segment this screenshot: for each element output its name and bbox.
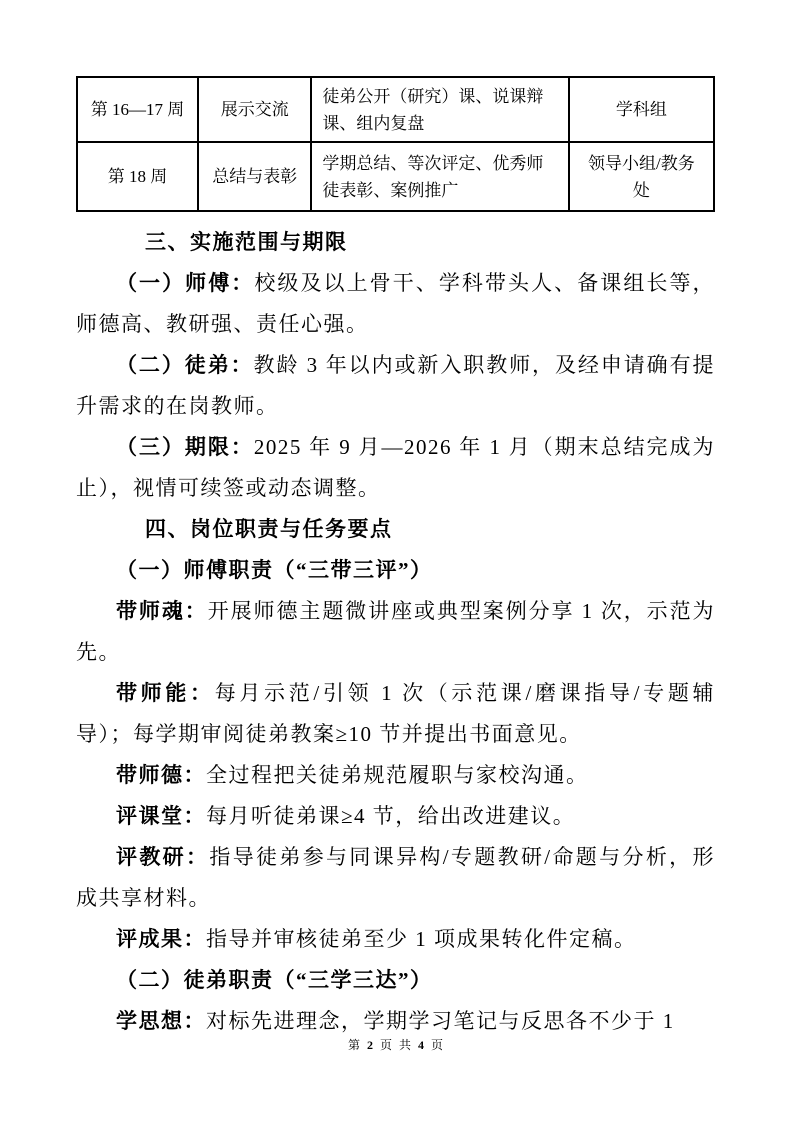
- paragraph-apprentice-scope: （二）徒弟：教龄 3 年以内或新入职教师，及经申请确有提升需求的在岗教师。: [76, 345, 715, 427]
- section-heading-duties: 四、岗位职责与任务要点: [76, 509, 715, 550]
- table-row: 第 16—17 周 展示交流 徒弟公开（研究）课、说课辩课、组内复盘 学科组: [77, 77, 714, 142]
- paragraph-review-research: 评教研：指导徒弟参与同课异构/专题教研/命题与分析，形成共享材料。: [76, 837, 715, 919]
- cell-week: 第 16—17 周: [77, 77, 198, 142]
- weekly-plan-table: 第 16—17 周 展示交流 徒弟公开（研究）课、说课辩课、组内复盘 学科组 第…: [76, 76, 715, 212]
- paragraph-duration: （三）期限：2025 年 9 月—2026 年 1 月（期末总结完成为止），视情…: [76, 427, 715, 509]
- document-page: 第 16—17 周 展示交流 徒弟公开（研究）课、说课辩课、组内复盘 学科组 第…: [0, 0, 793, 1122]
- subheading-mentor-duties: （一）师傅职责（“三带三评”）: [76, 550, 715, 591]
- paragraph-label: 评课堂：: [116, 804, 206, 828]
- footer-page-number: 2: [367, 1038, 375, 1052]
- cell-owner: 学科组: [569, 77, 714, 142]
- subheading-apprentice-duties: （二）徒弟职责（“三学三达”）: [76, 960, 715, 1001]
- cell-stage: 总结与表彰: [198, 142, 311, 211]
- cell-owner: 领导小组/教务处: [569, 142, 714, 211]
- cell-content: 学期总结、等次评定、优秀师徒表彰、案例推广: [311, 142, 568, 211]
- footer-suffix: 页: [431, 1038, 445, 1052]
- paragraph-label: 带师能：: [116, 681, 215, 705]
- paragraph-label: 带师德：: [116, 763, 206, 787]
- paragraph-label: （一）师傅：: [116, 271, 254, 295]
- paragraph-mentor-skill: 带师能：每月示范/引领 1 次（示范课/磨课指导/专题辅导）；每学期审阅徒弟教案…: [76, 673, 715, 755]
- cell-week: 第 18 周: [77, 142, 198, 211]
- paragraph-review-results: 评成果：指导并审核徒弟至少 1 项成果转化件定稿。: [76, 919, 715, 960]
- paragraph-mentor-soul: 带师魂：开展师德主题微讲座或典型案例分享 1 次，示范为先。: [76, 591, 715, 673]
- paragraph-label: 评成果：: [116, 927, 206, 951]
- paragraph-label: 评教研：: [116, 845, 209, 869]
- paragraph-text: 每月听徒弟课≥4 节，给出改进建议。: [206, 804, 575, 828]
- paragraph-review-class: 评课堂：每月听徒弟课≥4 节，给出改进建议。: [76, 796, 715, 837]
- section-heading-scope: 三、实施范围与期限: [76, 222, 715, 263]
- footer-total-pages: 4: [418, 1038, 426, 1052]
- content-area: 第 16—17 周 展示交流 徒弟公开（研究）课、说课辩课、组内复盘 学科组 第…: [76, 76, 715, 1042]
- paragraph-label: （三）期限：: [116, 435, 254, 459]
- page-number-indicator: 第 2 页 共 4 页: [0, 1036, 793, 1053]
- table-row: 第 18 周 总结与表彰 学期总结、等次评定、优秀师徒表彰、案例推广 领导小组/…: [77, 142, 714, 211]
- paragraph-text: 全过程把关徒弟规范履职与家校沟通。: [206, 763, 589, 787]
- paragraph-label: （二）徒弟：: [116, 353, 254, 377]
- paragraph-text: 对标先进理念，学期学习笔记与反思各不少于 1: [206, 1009, 675, 1033]
- cell-content: 徒弟公开（研究）课、说课辩课、组内复盘: [311, 77, 568, 142]
- footer-prefix: 第: [348, 1038, 362, 1052]
- paragraph-label: 带师魂：: [116, 599, 208, 623]
- paragraph-label: 学思想：: [116, 1009, 206, 1033]
- cell-stage: 展示交流: [198, 77, 311, 142]
- footer-middle: 页 共: [380, 1038, 413, 1052]
- paragraph-mentor-scope: （一）师傅：校级及以上骨干、学科带头人、备课组长等，师德高、教研强、责任心强。: [76, 263, 715, 345]
- paragraph-mentor-ethics: 带师德：全过程把关徒弟规范履职与家校沟通。: [76, 755, 715, 796]
- paragraph-text: 指导并审核徒弟至少 1 项成果转化件定稿。: [206, 927, 637, 951]
- document-body: 三、实施范围与期限 （一）师傅：校级及以上骨干、学科带头人、备课组长等，师德高、…: [76, 222, 715, 1042]
